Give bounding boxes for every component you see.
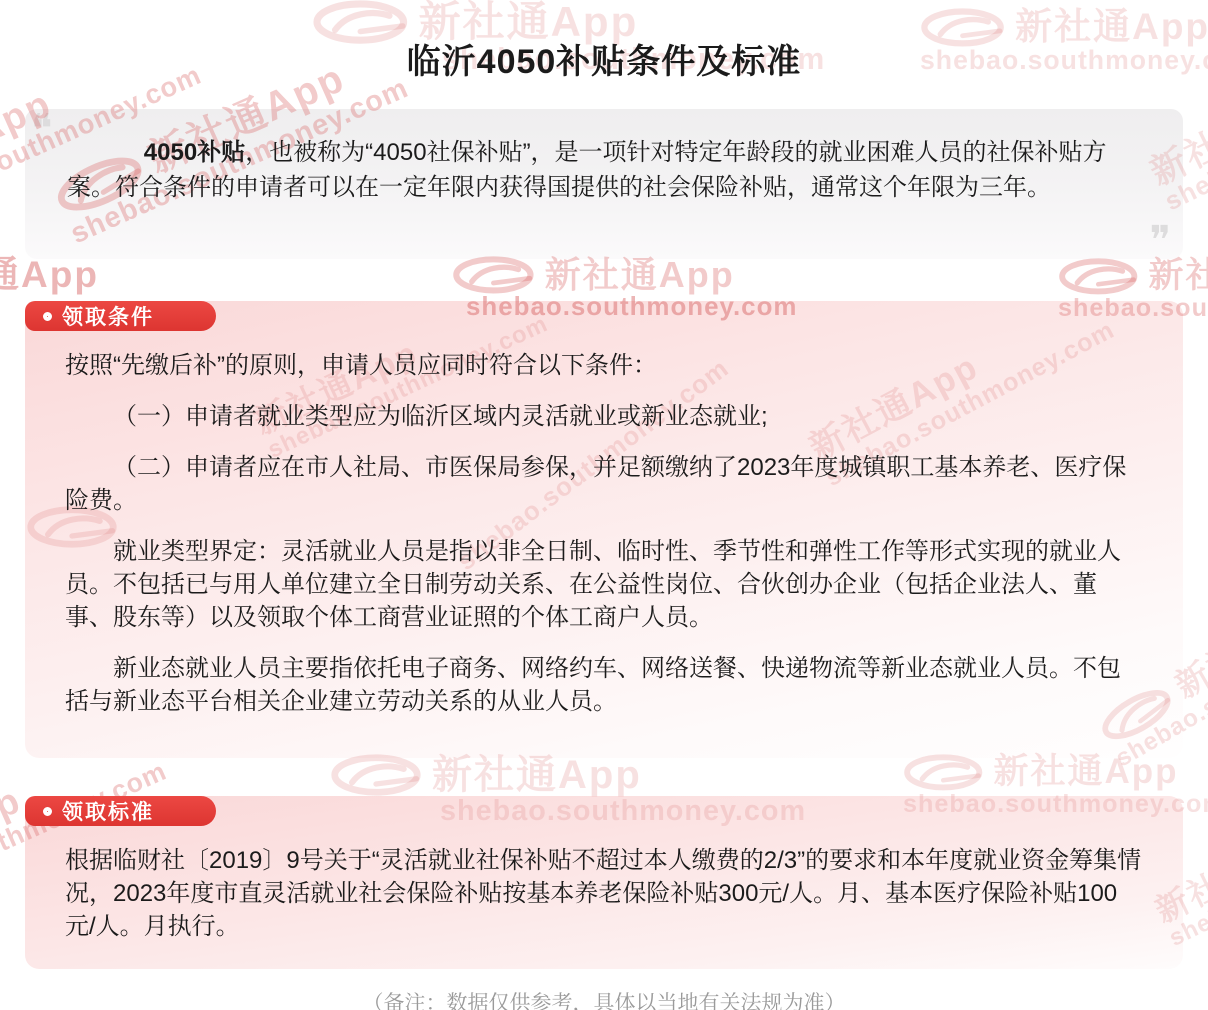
paragraph: 根据临财社〔2019〕9号关于“灵活就业社保补贴不超过本人缴费的2/3”的要求和… (65, 844, 1143, 943)
paragraph: 就业类型界定：灵活就业人员是指以非全日制、临时性、季节性和弹性工作等形式实现的就… (65, 535, 1143, 634)
footer-note: （备注：数据仅供参考，具体以当地有关法规为准） (0, 987, 1208, 1010)
conditions-badge: 领取条件 (25, 301, 216, 331)
page-title: 临沂4050补贴条件及标准 (0, 0, 1208, 83)
sl-oval-logo-icon (452, 256, 535, 294)
conditions-badge-label: 领取条件 (62, 301, 154, 331)
circle-ring-icon (43, 807, 52, 816)
watermark-brand-text: 新社通App (545, 256, 735, 294)
paragraph: （二）申请者应在市人社局、市医保局参保，并足额缴纳了2023年度城镇职工基本养老… (65, 451, 1143, 517)
standard-badge-label: 领取标准 (62, 796, 154, 826)
quote-open-icon: ❝ (31, 109, 53, 149)
sl-oval-logo-icon (1058, 258, 1139, 295)
paragraph: （一）申请者就业类型应为临沂区域内灵活就业或新业态就业; (65, 400, 1143, 433)
watermark-brand-text: 新社通App (994, 754, 1179, 791)
section-standard: 领取标准 根据临财社〔2019〕9号关于“灵活就业社保补贴不超过本人缴费的2/3… (25, 796, 1183, 969)
intro-paragraph: 4050补贴，也被称为“4050社保补贴”，是一项针对特定年龄段的就业困难人员的… (67, 135, 1141, 205)
sl-oval-logo-icon (903, 754, 984, 791)
intro-bold-term: 4050补贴 (144, 139, 245, 166)
watermark-brand-text: 新社通App (0, 256, 99, 295)
quote-close-icon: ❞ (1149, 221, 1171, 261)
intro-quote-box: ❝ ❞ 4050补贴，也被称为“4050社保补贴”，是一项针对特定年龄段的就业困… (25, 109, 1183, 259)
paragraph: 新业态就业人员主要指依托电子商务、网络约车、网络送餐、快递物流等新业态就业人员。… (65, 652, 1143, 718)
section-conditions: 领取条件 按照“先缴后补”的原则，申请人员应同时符合以下条件： （一）申请者就业… (25, 301, 1183, 758)
sl-oval-logo-icon (330, 754, 422, 796)
standard-badge: 领取标准 (25, 796, 216, 826)
conditions-body: 按照“先缴后补”的原则，申请人员应同时符合以下条件： （一）申请者就业类型应为临… (25, 349, 1183, 718)
standard-body: 根据临财社〔2019〕9号关于“灵活就业社保补贴不超过本人缴费的2/3”的要求和… (25, 844, 1183, 943)
watermark: 新社通App (0, 256, 99, 295)
circle-ring-icon (43, 312, 52, 321)
paragraph: 按照“先缴后补”的原则，申请人员应同时符合以下条件： (65, 349, 1143, 382)
watermark-brand-text: 新社通App (432, 754, 642, 796)
